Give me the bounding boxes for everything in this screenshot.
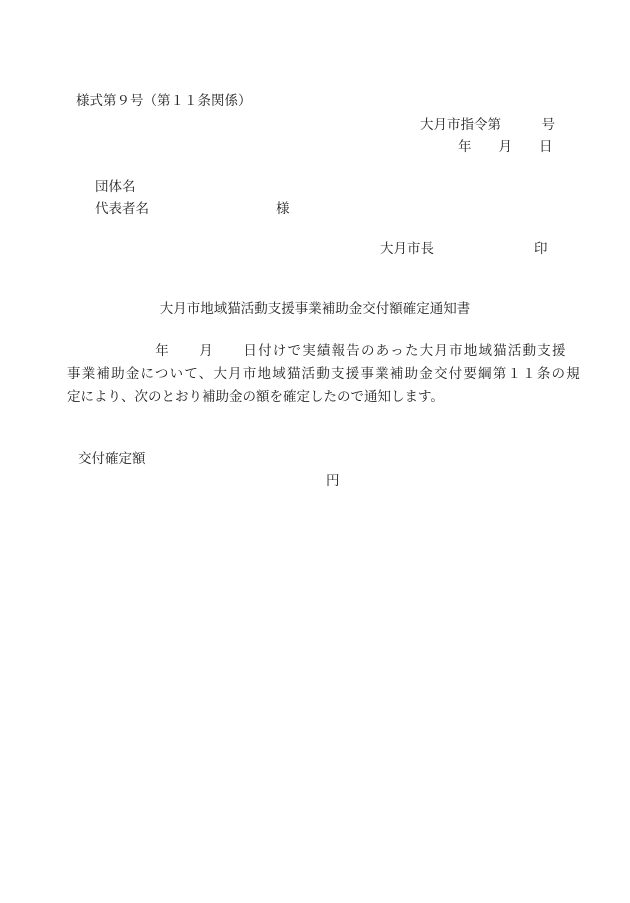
directive-number-line: 大月市指令第 号 <box>420 117 555 134</box>
form-number: 様式第９号（第１１条関係） <box>76 93 252 110</box>
document-title: 大月市地域猫活動支援事業補助金交付額確定通知書 <box>160 301 471 318</box>
amount-unit-yen: 円 <box>326 473 340 490</box>
body-paragraph-line-1: 年 月 日付けで実績報告のあった大月市地域猫活動支援 <box>67 343 567 360</box>
document-page: 様式第９号（第１１条関係） 大月市指令第 号 年 月 日 団体名 代表者名 様 … <box>0 0 630 903</box>
directive-date-line: 年 月 日 <box>458 139 553 156</box>
issuer-mayor-title: 大月市長 <box>380 241 434 258</box>
body-paragraph-line-2: 事業補助金について、大月市地域猫活動支援事業補助金交付要綱第１１条の規 <box>67 366 581 383</box>
representative-name-label: 代表者名 <box>95 201 149 218</box>
honorific-sama: 様 <box>276 201 290 218</box>
seal-mark: 印 <box>534 241 548 258</box>
amount-determined-label: 交付確定額 <box>78 451 146 468</box>
body-paragraph-line-3: 定により、次のとおり補助金の額を確定したので通知します。 <box>67 389 444 406</box>
organization-name-label: 団体名 <box>95 179 136 196</box>
